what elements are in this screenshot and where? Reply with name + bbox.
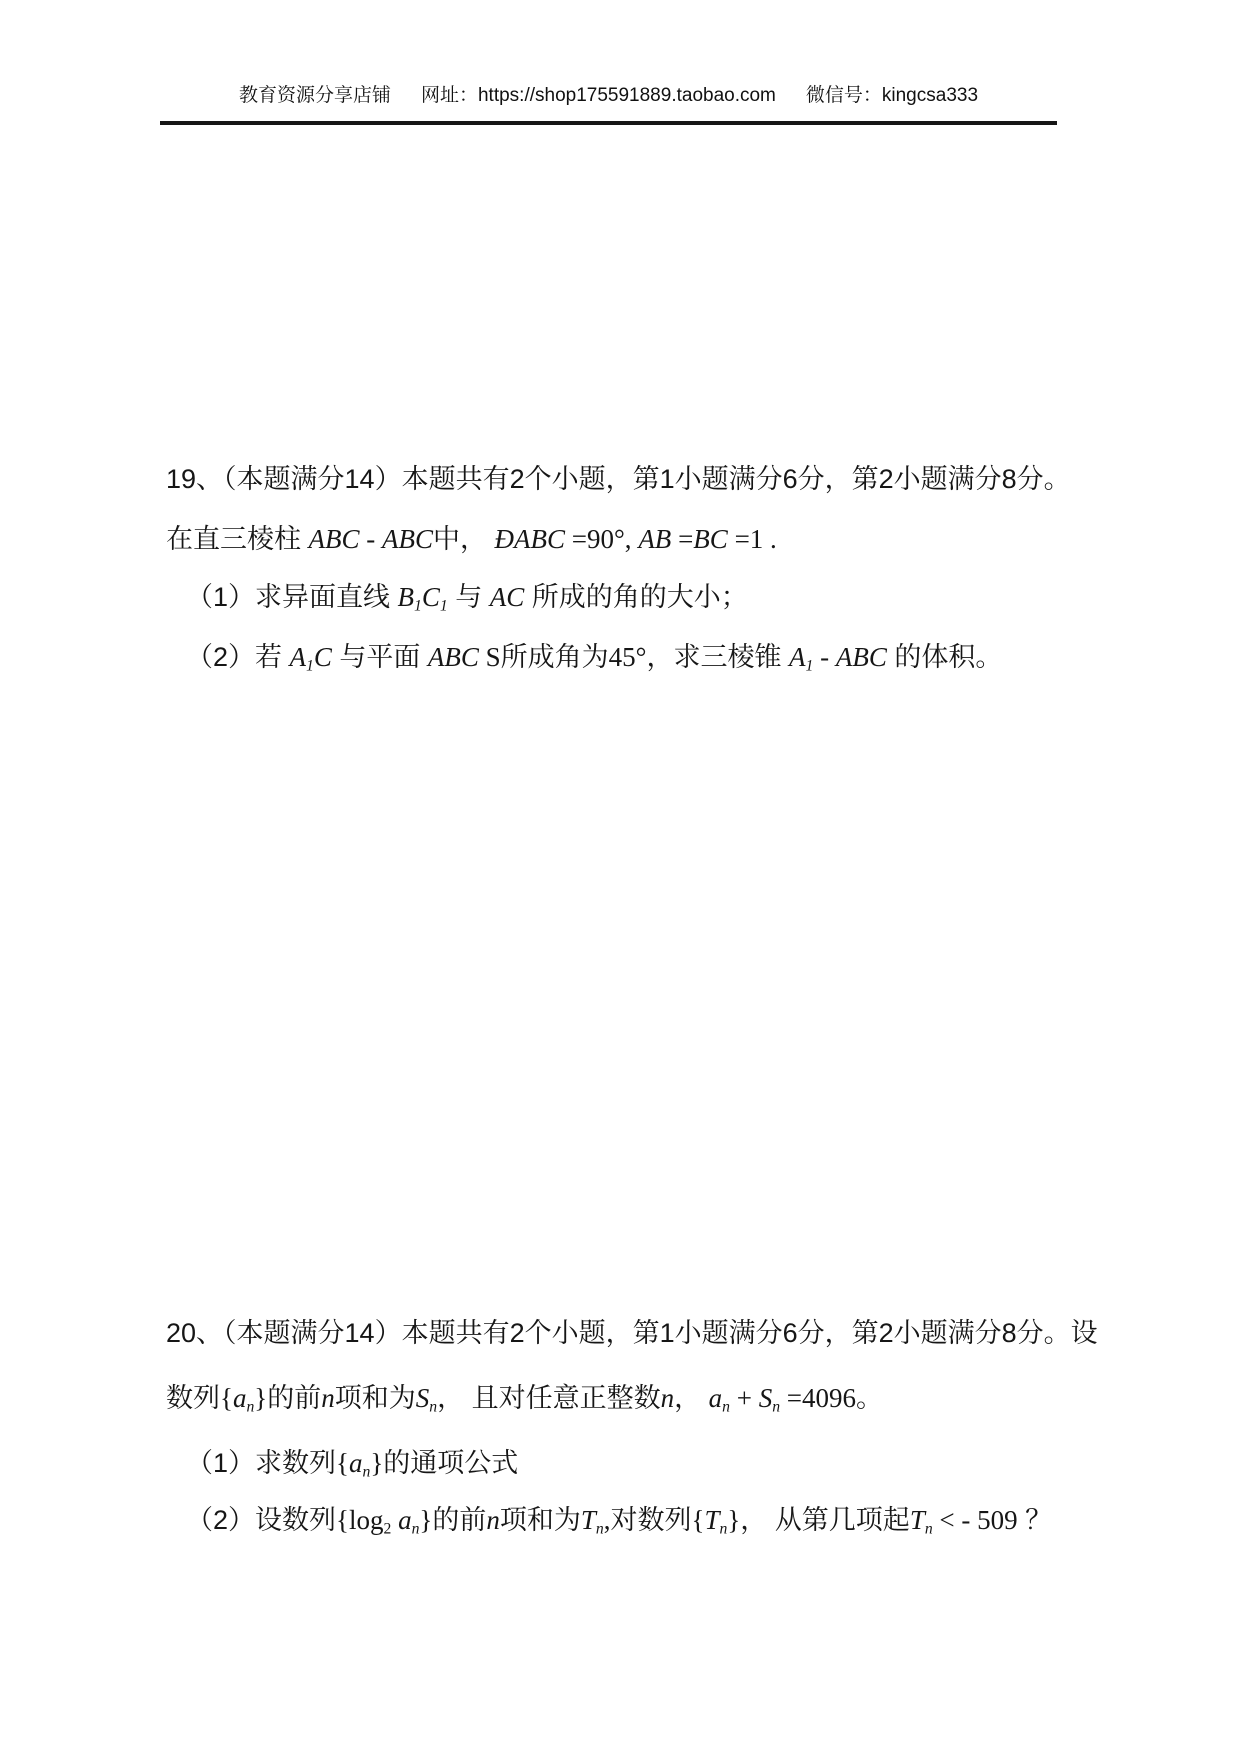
problem-19-part-2: （2）若 A1C 与平面 ABC S所成角为45°，求三棱锥 A1 - ABC … — [186, 640, 1002, 674]
problem-20-part-2: （2）设数列{log2 an}的前n项和为Tn,对数列{Tn}， 从第几项起Tn… — [186, 1503, 1052, 1537]
problem-20-statement: 数列{an}的前n项和为Sn， 且对任意正整数n， an + Sn =4096。 — [166, 1381, 883, 1415]
problem-19-title: 19、（本题满分14）本题共有2个小题，第1小题满分6分，第2小题满分8分。 — [166, 462, 1071, 496]
problem-20-title: 20、（本题满分14）本题共有2个小题，第1小题满分6分，第2小题满分8分。设 — [166, 1316, 1098, 1350]
document-page: 教育资源分享店铺 网址：https://shop175591889.taobao… — [0, 0, 1241, 1754]
shop-url: 网址：https://shop175591889.taobao.com — [421, 80, 776, 107]
problem-20-part-1: （1）求数列{an}的通项公式 — [186, 1446, 518, 1480]
header-info: 教育资源分享店铺 网址：https://shop175591889.taobao… — [160, 80, 1057, 107]
wechat-id: 微信号：kingcsa333 — [806, 80, 978, 107]
shop-name: 教育资源分享店铺 — [239, 80, 391, 107]
problem-19-part-1: （1）求异面直线 B1C1 与 AC 所成的角的大小； — [186, 580, 748, 614]
problem-19-statement: 在直三棱柱 ABC - ABC中， ĐABC =90°, AB =BC =1 . — [166, 522, 777, 556]
header-divider — [160, 121, 1057, 125]
